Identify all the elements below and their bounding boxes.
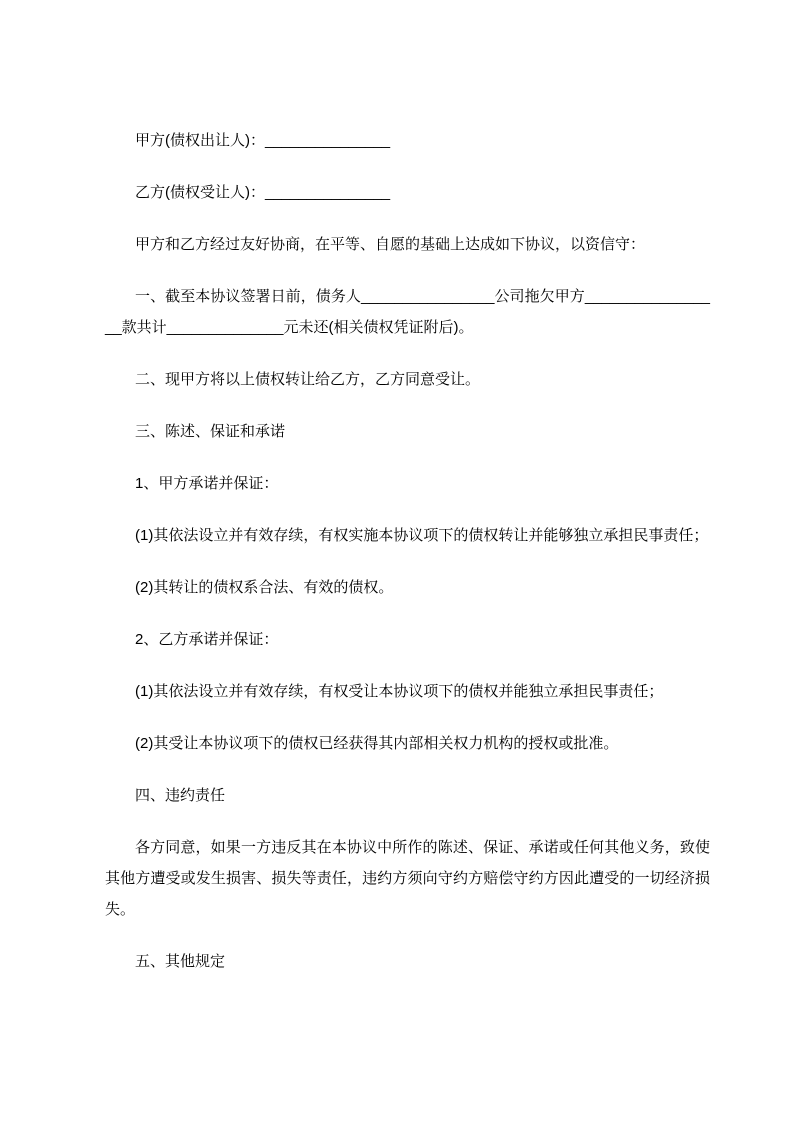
- clause-3-party-a-warranty-item-2: (2)其转让的债权系合法、有效的债权。: [105, 572, 710, 603]
- clause-3-party-a-warranty-heading: 1、甲方承诺并保证：: [105, 468, 710, 499]
- clause-4-heading: 四、违约责任: [105, 780, 710, 811]
- clause-3-party-b-warranty-item-1: (1)其依法设立并有效存续，有权受让本协议项下的债权并能独立承担民事责任；: [105, 676, 710, 707]
- paragraph-preamble: 甲方和乙方经过友好协商，在平等、自愿的基础上达成如下协议，以资信守：: [105, 229, 710, 260]
- clause-3-party-a-warranty-item-1: (1)其依法设立并有效存续，有权实施本协议项下的债权转让并能够独立承担民事责任；: [105, 520, 710, 551]
- document-page: 甲方(债权出让人)：_______________ 乙方(债权受让人)：____…: [0, 0, 793, 1122]
- clause-4-body: 各方同意，如果一方违反其在本协议中所作的陈述、保证、承诺或任何其他义务，致使其他…: [105, 832, 710, 925]
- clause-3-party-b-warranty-heading: 2、乙方承诺并保证：: [105, 624, 710, 655]
- clause-1-debt-statement: 一、截至本协议签署日前，债务人________________公司拖欠甲方___…: [105, 281, 710, 343]
- clause-5-heading: 五、其他规定: [105, 946, 710, 977]
- clause-3-party-b-warranty-item-2: (2)其受让本协议项下的债权已经获得其内部相关权力机构的授权或批准。: [105, 728, 710, 759]
- clause-3-heading: 三、陈述、保证和承诺: [105, 416, 710, 447]
- clause-2-transfer: 二、现甲方将以上债权转让给乙方，乙方同意受让。: [105, 364, 710, 395]
- paragraph-party-a: 甲方(债权出让人)：_______________: [105, 125, 710, 156]
- paragraph-party-b: 乙方(债权受让人)：_______________: [105, 177, 710, 208]
